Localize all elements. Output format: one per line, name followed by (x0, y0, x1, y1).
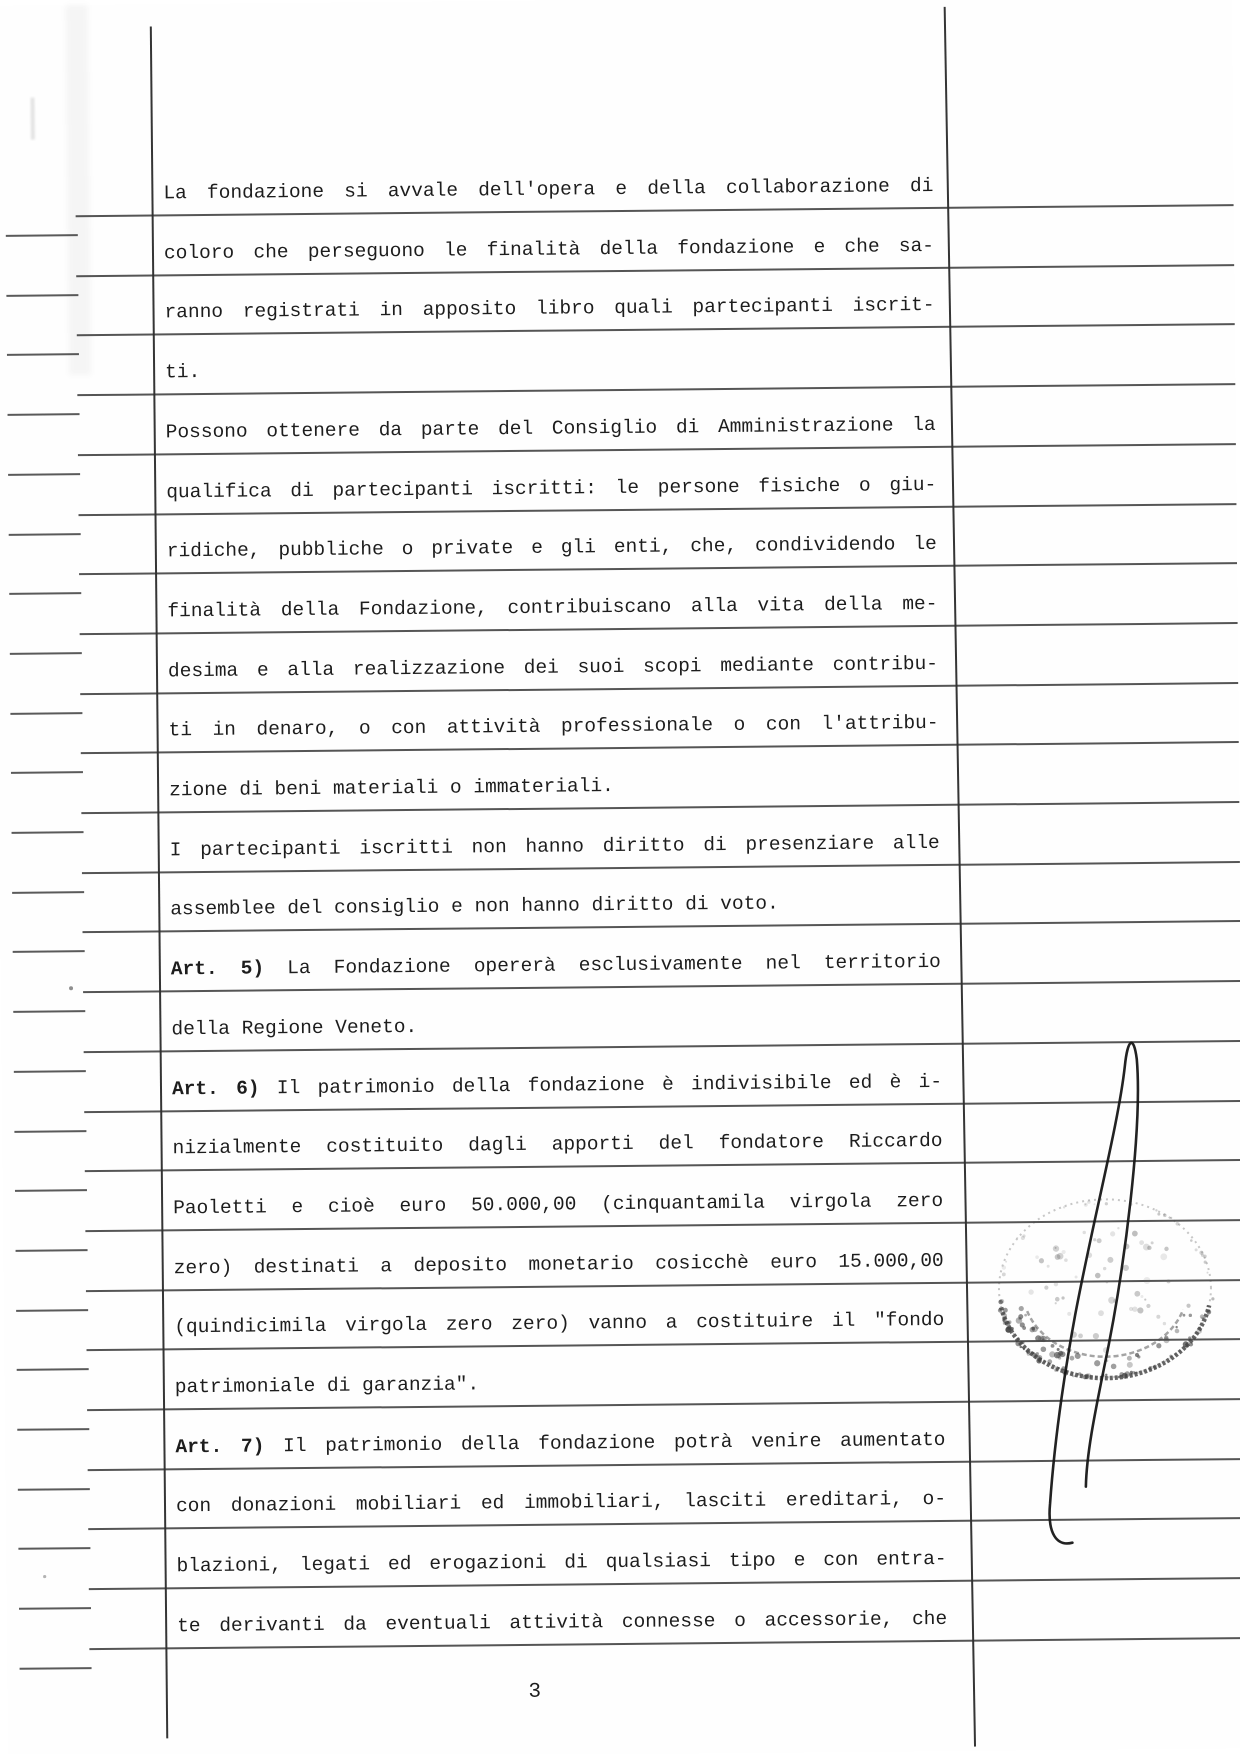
line-text: della Regione Veneto. (171, 1016, 417, 1040)
margin-dash (15, 1189, 87, 1192)
text-line: blazioni, legati ed erogazioni di qualsi… (176, 1538, 946, 1587)
text-line: qualifica di partecipanti iscritti: le p… (166, 463, 936, 512)
text-line: zione di beni materiali o immateriali. (169, 762, 939, 811)
margin-dash (19, 1607, 91, 1610)
line-text: Possono ottenere da parte del Consiglio … (166, 414, 936, 443)
line-text: zero) destinati a deposito monetario cos… (174, 1250, 944, 1279)
page-number: 3 (508, 1681, 562, 1705)
margin-dash (8, 473, 80, 476)
text-line: della Regione Veneto. (171, 1001, 941, 1050)
text-line: patrimoniale di garanzia". (175, 1359, 945, 1408)
text-line: ti in denaro, o con attività professiona… (168, 702, 938, 751)
line-text: assemblee del consiglio e non hanno diri… (170, 893, 779, 921)
text-line: desima e alla realizzazione dei suoi sco… (168, 643, 938, 692)
line-text: ranno registrati in apposito libro quali… (164, 294, 934, 323)
illegible-round-ink-stamp (997, 1198, 1215, 1380)
margin-dash (12, 891, 84, 894)
margin-dash (16, 1249, 88, 1252)
line-text: ridiche, pubbliche o private e gli enti,… (167, 533, 937, 562)
text-line: ranno registrati in apposito libro quali… (164, 284, 934, 333)
text-line: ti. (165, 344, 935, 393)
scan-smudge (30, 98, 34, 140)
text-line: coloro che perseguono le finalità della … (164, 225, 934, 274)
line-text: blazioni, legati ed erogazioni di qualsi… (176, 1548, 946, 1577)
left-margin-rule (150, 26, 168, 1738)
line-text: ti. (165, 361, 200, 383)
margin-dash (16, 1309, 88, 1312)
line-text: Paoletti e cioè euro 50.000,00 (cinquant… (173, 1190, 943, 1219)
margin-dash (17, 1368, 89, 1371)
text-line: Art. 6) Il patrimonio della fondazione è… (172, 1060, 942, 1109)
margin-dash (14, 1130, 86, 1133)
signature-stroke (1045, 1043, 1142, 1544)
line-text: con donazioni mobiliari ed immobiliari, … (176, 1488, 946, 1517)
line-text: te derivanti da eventuali attività conne… (177, 1608, 947, 1637)
line-text: La fondazione si avvale dell'opera e del… (163, 175, 933, 204)
text-line: (quindicimila virgola zero zero) vanno a… (174, 1299, 944, 1348)
line-text: coloro che perseguono le finalità della … (164, 235, 934, 264)
line-text: finalità della Fondazione, contribuiscan… (167, 593, 937, 622)
text-line: zero) destinati a deposito monetario cos… (174, 1240, 944, 1289)
margin-dash (20, 1667, 92, 1670)
line-text: I partecipanti iscritti non hanno diritt… (170, 832, 940, 861)
line-text: patrimoniale di garanzia". (175, 1373, 479, 1398)
scan-smudge (66, 5, 92, 375)
text-line: nizialmente costituito dagli apporti del… (172, 1120, 942, 1169)
margin-dash (18, 1548, 90, 1551)
text-line: finalità della Fondazione, contribuiscan… (167, 583, 937, 632)
line-text: La Fondazione opererà esclusivamente nel… (287, 951, 941, 979)
line-text: desima e alla realizzazione dei suoi sco… (168, 653, 938, 682)
margin-dash (13, 1010, 85, 1013)
text-line: ridiche, pubbliche o private e gli enti,… (167, 523, 937, 572)
text-area: La fondazione si avvale dell'opera e del… (0, 0, 1232, 6)
text-line: assemblee del consiglio e non hanno diri… (170, 881, 940, 930)
margin-dash (17, 1428, 89, 1431)
margin-dash (18, 1488, 90, 1491)
scan-speck (69, 986, 73, 990)
margin-dash (9, 533, 81, 536)
margin-dash (11, 771, 83, 774)
article-number: Art. 5) (171, 958, 264, 981)
margin-dash (9, 592, 81, 595)
line-text: (quindicimila virgola zero zero) vanno a… (174, 1309, 944, 1338)
text-line: La fondazione si avvale dell'opera e del… (163, 165, 933, 214)
document-page: La fondazione si avvale dell'opera e del… (0, 0, 1240, 1754)
text-line: Possono ottenere da parte del Consiglio … (166, 404, 936, 453)
text-line: Paoletti e cioè euro 50.000,00 (cinquant… (173, 1180, 943, 1229)
line-text: zione di beni materiali o immateriali. (169, 775, 614, 801)
margin-dash (14, 1070, 86, 1073)
line-text: ti in denaro, o con attività professiona… (168, 712, 938, 741)
text-line: Art. 5) La Fondazione opererà esclusivam… (171, 941, 941, 990)
text-line: con donazioni mobiliari ed immobiliari, … (176, 1478, 946, 1527)
margin-dash (10, 652, 82, 655)
margin-dash (12, 831, 84, 834)
text-line: I partecipanti iscritti non hanno diritt… (170, 822, 940, 871)
line-text: nizialmente costituito dagli apporti del… (172, 1130, 942, 1159)
text-line: te derivanti da eventuali attività conne… (177, 1598, 947, 1647)
line-text: qualifica di partecipanti iscritti: le p… (166, 473, 936, 502)
text-line: Art. 7) Il patrimonio della fondazione p… (175, 1419, 945, 1468)
scan-speck (43, 1575, 46, 1578)
line-text: Il patrimonio della fondazione è indivis… (277, 1070, 942, 1098)
article-number: Art. 7) (175, 1435, 264, 1458)
line-text: Il patrimonio della fondazione potrà ven… (283, 1429, 946, 1457)
margin-dash (8, 413, 80, 416)
article-number: Art. 6) (172, 1077, 260, 1100)
margin-dash (13, 951, 85, 954)
margin-dash (10, 712, 82, 715)
